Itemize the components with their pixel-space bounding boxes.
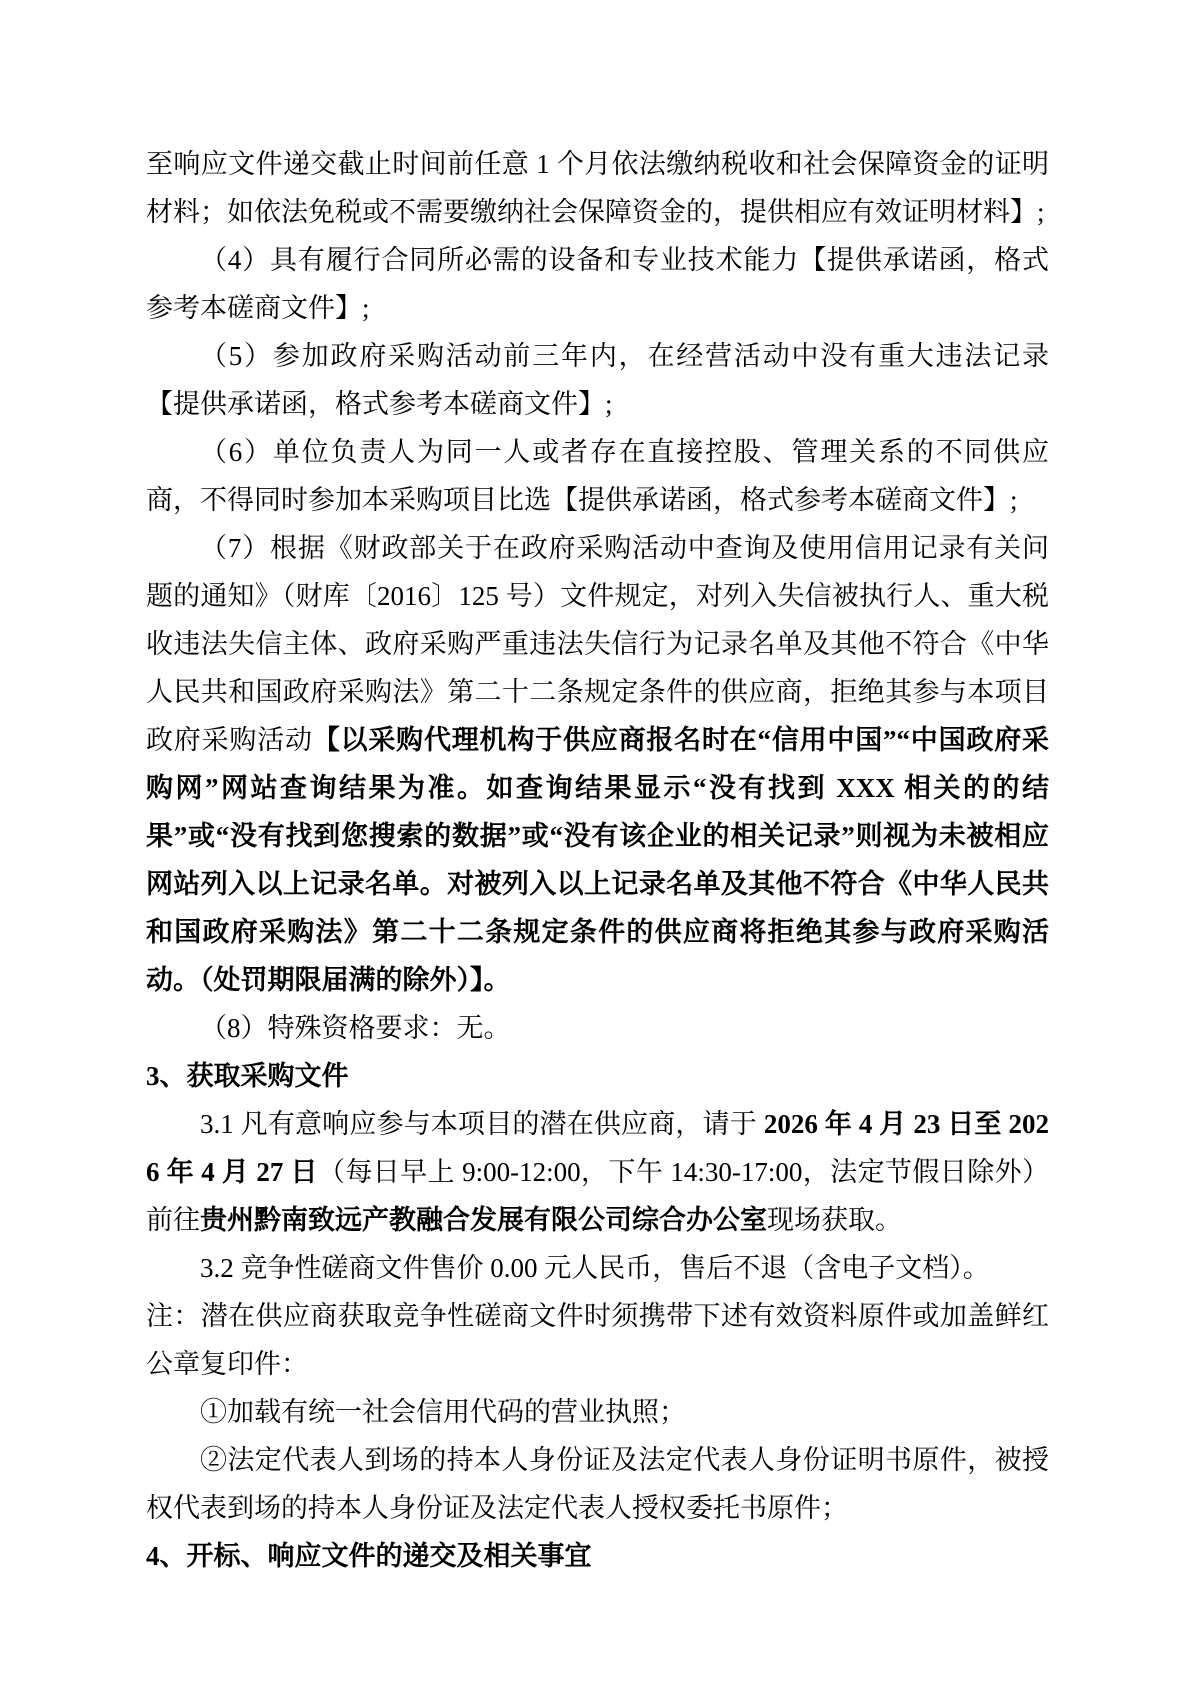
item-7-bold-credit-check-clause: 【以采购代理机构于供应商报名时在“信用中国”“中国政府采购网”网站查询结果为准。… xyxy=(146,725,1049,995)
paragraph-clause-3-1: 3.1 凡有意响应参与本项目的潜在供应商，请于 2026 年 4 月 23 日至… xyxy=(146,1100,1049,1244)
paragraph-bullet-1: ①加载有统一社会信用代码的营业执照； xyxy=(146,1388,1049,1436)
clause-3-1-location: 贵州黔南致远产教融合发展有限公司综合办公室 xyxy=(200,1205,767,1235)
paragraph-carryover: 至响应文件递交截止时间前任意 1 个月依法缴纳税收和社会保障资金的证明材料；如依… xyxy=(146,140,1049,236)
paragraph-item-6: （6）单位负责人为同一人或者存在直接控股、管理关系的不同供应商，不得同时参加本采… xyxy=(146,428,1049,524)
document-body: 至响应文件递交截止时间前任意 1 个月依法缴纳税收和社会保障资金的证明材料；如依… xyxy=(146,140,1049,1580)
paragraph-note: 注：潜在供应商获取竞争性磋商文件时须携带下述有效资料原件或加盖鲜红公章复印件： xyxy=(146,1292,1049,1388)
paragraph-item-7: （7）根据《财政部关于在政府采购活动中查询及使用信用记录有关问题的通知》（财库〔… xyxy=(146,524,1049,1004)
document-page: 至响应文件递交截止时间前任意 1 个月依法缴纳税收和社会保障资金的证明材料；如依… xyxy=(0,0,1191,1684)
paragraph-item-8: （8）特殊资格要求：无。 xyxy=(146,1004,1049,1052)
paragraph-bullet-2: ②法定代表人到场的持本人身份证及法定代表人身份证明书原件，被授权代表到场的持本人… xyxy=(146,1436,1049,1532)
section-3-heading: 3、获取采购文件 xyxy=(146,1052,1049,1100)
item-7-normal-text: （7）根据《财政部关于在政府采购活动中查询及使用信用记录有关问题的通知》（财库〔… xyxy=(146,533,1049,755)
clause-3-1-suffix: 现场获取。 xyxy=(767,1205,902,1235)
section-4-heading: 4、开标、响应文件的递交及相关事宜 xyxy=(146,1532,1049,1580)
paragraph-item-4: （4）具有履行合同所必需的设备和专业技术能力【提供承诺函，格式参考本磋商文件】; xyxy=(146,236,1049,332)
paragraph-item-5: （5）参加政府采购活动前三年内，在经营活动中没有重大违法记录【提供承诺函，格式参… xyxy=(146,332,1049,428)
paragraph-clause-3-2: 3.2 竞争性磋商文件售价 0.00 元人民币，售后不退（含电子文档）。 xyxy=(146,1244,1049,1292)
clause-3-1-prefix: 3.1 凡有意响应参与本项目的潜在供应商，请于 xyxy=(200,1109,764,1139)
